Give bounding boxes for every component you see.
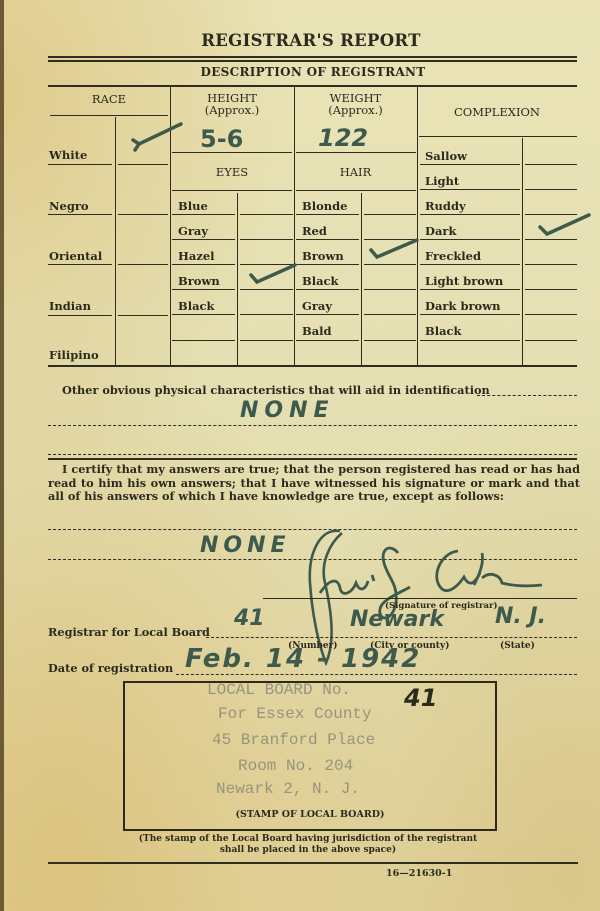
table-bottom-rule [48,365,577,367]
hair-row-rule [296,264,359,265]
complexion-option-dark: Dark [425,224,456,238]
race-option-filipino: Filipino [49,348,99,362]
signature-line [263,598,577,599]
card-edge [0,0,4,911]
other-characteristics-label: Other obvious physical characteristics t… [62,384,490,398]
height-value-rule [172,152,292,153]
race-option-negro: Negro [49,199,89,213]
weight-value-rule [296,152,416,153]
other-characteristics-line-3 [48,454,577,455]
local-board-line [206,637,577,638]
local-board-number[interactable]: 41 [234,606,265,631]
certification-text: I certify that my answers are true; that… [48,463,580,504]
complexion-header-rule [419,136,577,137]
race-option-indian: Indian [49,299,91,313]
section-title: DESCRIPTION OF REGISTRANT [0,65,600,79]
table-top-rule [48,85,577,87]
eyes-check-rule [240,214,293,215]
hair-check-rule [364,340,416,341]
stamp-line-1: LOCAL BOARD No. [207,680,351,700]
eyes-row-rule [172,264,235,265]
weight-header-sub: (Approx.) [294,104,417,117]
stamp-caption: (STAMP OF LOCAL BOARD) [123,809,497,820]
eyes-check-rule [240,239,293,240]
hair-check-rule [364,314,416,315]
race-rule [48,164,112,165]
document-title: REGISTRAR'S REPORT [0,31,600,50]
hair-option-red: Red [302,224,327,238]
complexion-option-black: Black [425,324,462,338]
weight-value[interactable]: 122 [318,124,368,152]
divider-race-check [115,117,116,365]
eyes-option-blue: Blue [178,199,208,213]
eyes-check-rule [240,340,293,341]
stamp-line-3: 45 Branford Place [212,730,375,750]
complexion-option-light: Light [425,174,459,188]
eyes-check-rule [240,289,293,290]
hair-row-rule [296,340,359,341]
complexion-row-rule [420,264,520,265]
height-header-sub: (Approx.) [170,104,294,117]
eyes-checkmark-icon[interactable] [245,262,297,288]
eyes-row-rule [172,314,235,315]
eyes-option-brown: Brown [178,274,220,288]
eyes-row-rule [172,239,235,240]
divider-height-weight [294,87,295,365]
state-caption: (State) [500,641,535,651]
stamp-line-2: For Essex County [218,704,372,724]
section-rule [48,458,577,460]
eyes-option-black: Black [178,299,215,313]
eyes-row-rule [172,214,235,215]
hair-header: HAIR [294,166,417,179]
exceptions-value[interactable]: NONE [200,533,291,558]
complexion-option-dark-brown: Dark brown [425,299,501,313]
complexion-check-rule [525,314,577,315]
race-check-rule [118,315,168,316]
complexion-row-rule [420,314,520,315]
race-option-white: White [49,148,87,162]
race-option-oriental: Oriental [49,249,102,263]
hair-row-rule [296,314,359,315]
hair-row-rule [296,239,359,240]
height-value[interactable]: 5-6 [200,125,243,153]
complexion-option-sallow: Sallow [425,149,467,163]
race-rule [48,214,112,215]
eyes-row-rule [172,289,235,290]
race-header-rule [50,115,168,116]
registration-date-value[interactable]: Feb. 14 - 1942 [185,644,421,674]
other-characteristics-value[interactable]: NONE [240,398,335,423]
eyes-header-rule [172,190,292,191]
divider-weight-complexion [417,87,418,365]
local-board-state[interactable]: N. J. [495,604,546,629]
complexion-checkmark-icon[interactable] [535,212,591,240]
eyes-check-rule [240,314,293,315]
stamp-line-4: Room No. 204 [238,756,353,776]
stamp-line-5: Newark 2, N. J. [216,779,360,799]
form-number: 16—21630-1 [386,868,452,879]
race-check-rule [118,214,168,215]
hair-check-rule [364,264,416,265]
race-check-rule [118,264,168,265]
complexion-option-light-brown: Light brown [425,274,503,288]
race-checkmark-icon[interactable] [125,118,185,158]
hair-checkmark-icon[interactable] [365,237,419,263]
race-rule [48,264,112,265]
hair-option-blonde: Blonde [302,199,347,213]
other-characteristics-line [477,395,577,396]
eyes-option-hazel: Hazel [178,249,215,263]
local-board-city[interactable]: Newark [350,607,444,632]
footer-rule [48,862,578,864]
eyes-option-gray: Gray [178,224,208,238]
hair-option-black: Black [302,274,339,288]
complexion-row-rule [420,214,520,215]
stamp-footnote-1: (The stamp of the Local Board having jur… [100,834,516,844]
registration-date-line [176,674,577,675]
race-header: RACE [48,93,170,106]
hair-row-rule [296,214,359,215]
complexion-row-rule [420,289,520,290]
complexion-row-rule [420,164,520,165]
hair-check-rule [364,214,416,215]
divider-eyes-check [237,193,238,365]
local-board-label: Registrar for Local Board [48,626,210,640]
divider-complexion-check [522,138,523,365]
title-rule-bottom [48,60,577,62]
hair-header-rule [296,190,416,191]
complexion-header: COMPLEXION [417,106,577,119]
complexion-check-rule [525,340,577,341]
title-rule-top [48,56,577,58]
hair-option-bald: Bald [302,324,332,338]
stamp-board-number[interactable]: 41 [404,684,437,712]
complexion-row-rule [420,189,520,190]
complexion-check-rule [525,164,577,165]
complexion-check-rule [525,189,577,190]
hair-option-gray: Gray [302,299,332,313]
complexion-option-freckled: Freckled [425,249,481,263]
divider-hair-check [361,193,362,365]
race-rule [48,315,112,316]
stamp-footnote-2: shall be placed in the above space) [100,845,516,855]
eyes-header: EYES [170,166,294,179]
hair-option-brown: Brown [302,249,344,263]
complexion-row-rule [420,239,520,240]
hair-check-rule [364,289,416,290]
eyes-row-rule [172,340,235,341]
other-characteristics-line-2 [48,425,577,426]
hair-row-rule [296,289,359,290]
complexion-row-rule [420,340,520,341]
complexion-option-ruddy: Ruddy [425,199,466,213]
registration-date-label: Date of registration [48,662,173,676]
race-check-rule [118,164,168,165]
complexion-check-rule [525,264,577,265]
complexion-check-rule [525,289,577,290]
